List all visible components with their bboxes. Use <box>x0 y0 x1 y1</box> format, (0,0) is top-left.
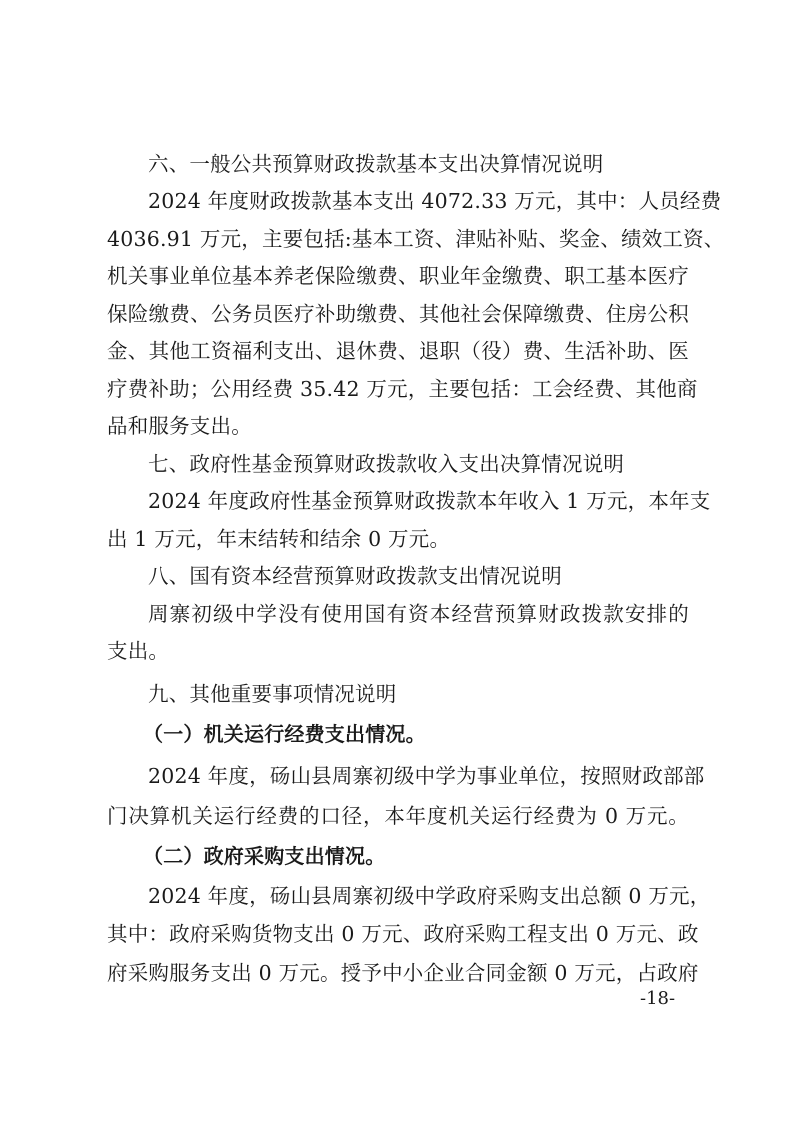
paragraph-line: 府采购服务支出 0 万元。授予中小企业合同金额 0 万元，占政府 <box>107 954 689 992</box>
paragraph-line: 2024 年度财政拨款基本支出 4072.33 万元，其中：人员经费 <box>107 182 689 220</box>
paragraph-line: 机关事业单位基本养老保险缴费、职业年金缴费、职工基本医疗 <box>107 257 689 295</box>
paragraph-line: 门决算机关运行经费的口径，本年度机关运行经费为 0 万元。 <box>107 797 689 835</box>
paragraph-line: 2024 年度，砀山县周寨初级中学为事业单位，按照财政部部 <box>107 757 689 795</box>
paragraph-line: 周寨初级中学没有使用国有资本经营预算财政拨款安排的 <box>107 595 689 633</box>
paragraph-line: 品和服务支出。 <box>107 407 689 445</box>
paragraph-line: 其中：政府采购货物支出 0 万元、政府采购工程支出 0 万元、政 <box>107 915 689 953</box>
section-heading-9: 九、其他重要事项情况说明 <box>107 675 689 713</box>
subsection-heading-1: （一）机关运行经费支出情况。 <box>107 715 684 753</box>
paragraph-line: 2024 年度政府性基金预算财政拨款本年收入 1 万元，本年支 <box>107 482 689 520</box>
section-heading-6: 六、一般公共预算财政拨款基本支出决算情况说明 <box>107 145 689 183</box>
page-number: -18- <box>640 988 675 1010</box>
subsection-heading-2: （二）政府采购支出情况。 <box>107 837 684 875</box>
section-heading-7: 七、政府性基金预算财政拨款收入支出决算情况说明 <box>107 445 689 483</box>
paragraph-line: 保险缴费、公务员医疗补助缴费、其他社会保障缴费、住房公积 <box>107 295 689 333</box>
paragraph-line: 4036.91 万元，主要包括:基本工资、津贴补贴、奖金、绩效工资、 <box>107 220 689 258</box>
section-heading-8: 八、国有资本经营预算财政拨款支出情况说明 <box>107 557 689 595</box>
paragraph-line: 支出。 <box>107 632 689 670</box>
paragraph-line: 2024 年度，砀山县周寨初级中学政府采购支出总额 0 万元， <box>107 877 689 915</box>
paragraph-line: 出 1 万元，年末结转和结余 0 万元。 <box>107 520 689 558</box>
paragraph-line: 金、其他工资福利支出、退休费、退职（役）费、生活补助、医 <box>107 332 689 370</box>
paragraph-line: 疗费补助；公用经费 35.42 万元，主要包括：工会经费、其他商 <box>107 370 689 408</box>
